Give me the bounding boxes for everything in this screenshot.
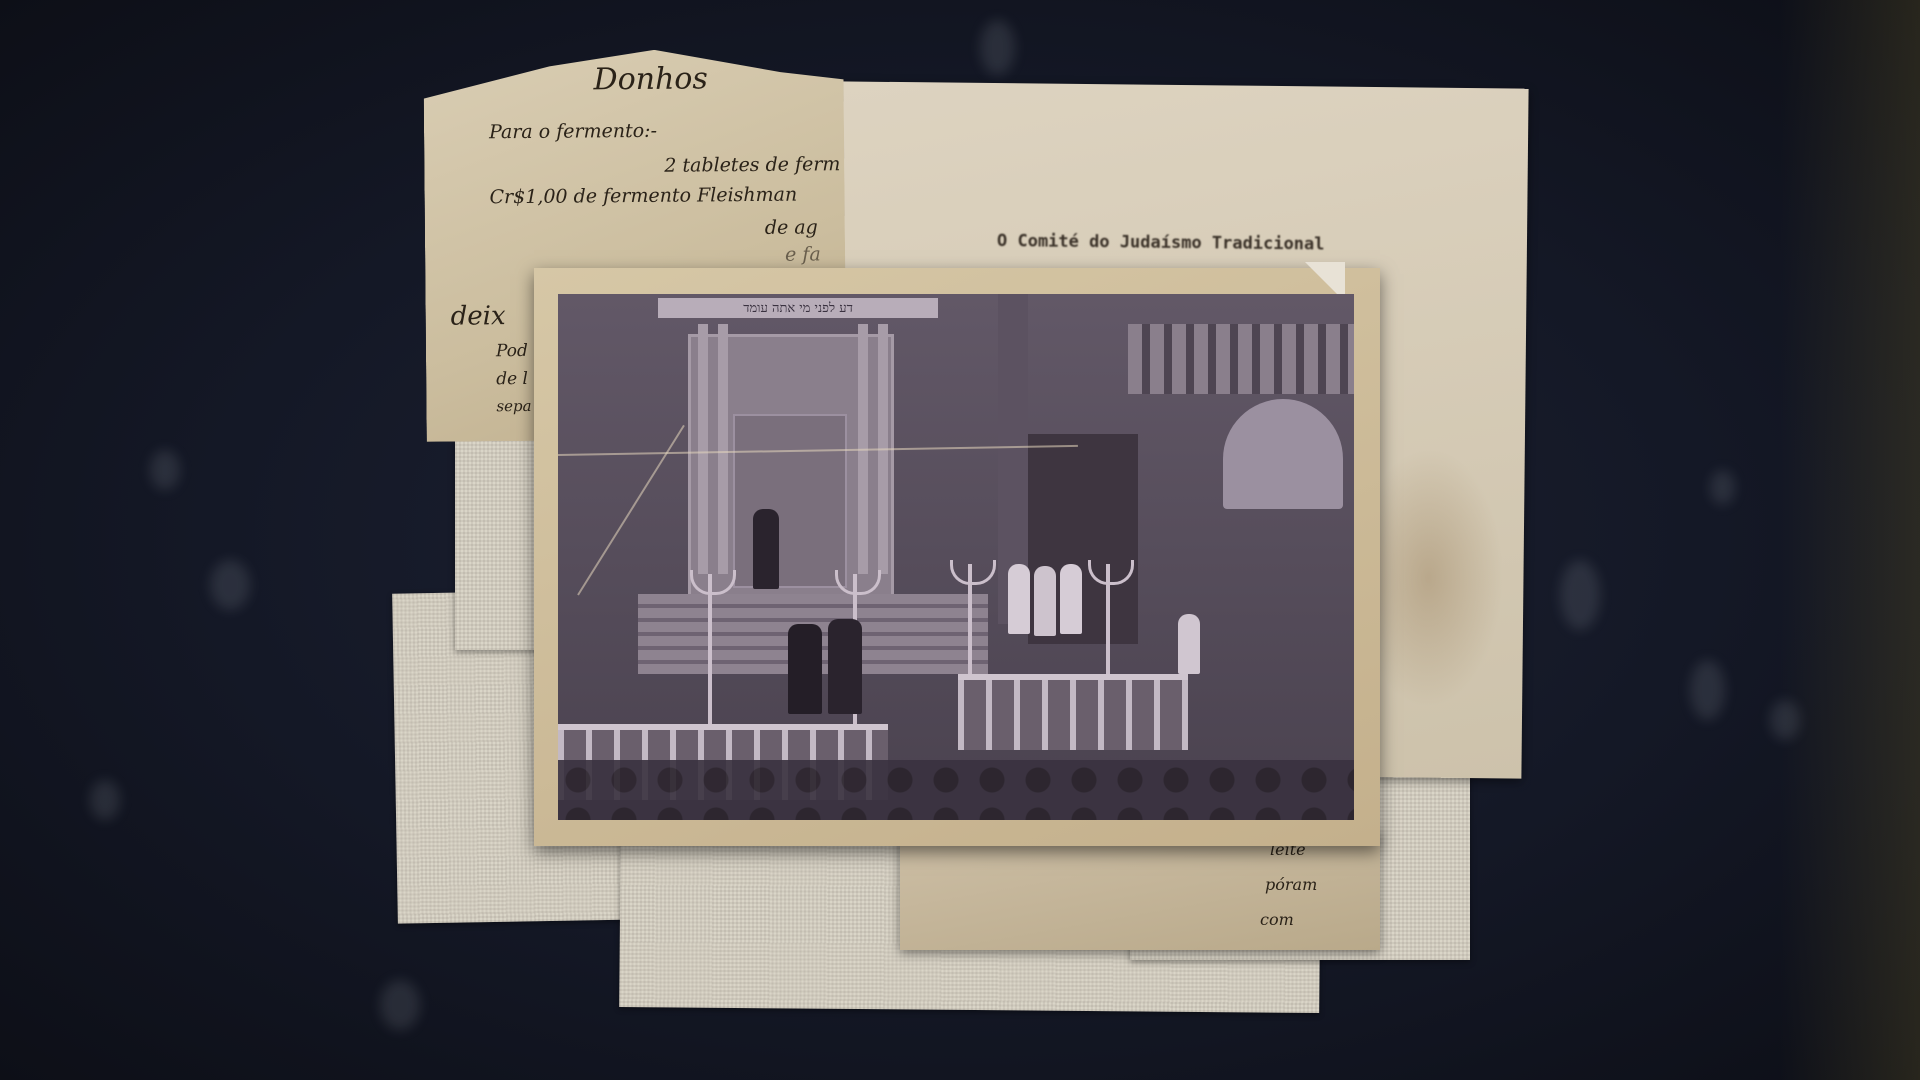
dust-speck [1560, 560, 1600, 630]
dust-speck [1770, 700, 1800, 740]
note-line: de ag [765, 216, 818, 238]
note-fragment-line: deix [450, 301, 505, 331]
officer-figure [1178, 614, 1200, 674]
decorative-arch [1223, 399, 1343, 509]
robed-figure [753, 509, 779, 589]
robed-figure [788, 624, 822, 714]
note-line: Cr$1,00 de fermento Fleishman [489, 184, 797, 209]
synagogue-photograph: דע לפני מי אתה עומד [558, 294, 1354, 820]
note-title: Donhos [593, 61, 708, 97]
congregation [558, 760, 1354, 820]
officer-figure [1034, 566, 1056, 636]
photo-caption: דע לפני מי אתה עומד [658, 298, 938, 318]
menorah [708, 574, 712, 724]
officer-figure [1008, 564, 1030, 634]
note-fragment-line: Pod [496, 341, 528, 361]
dust-speck [980, 20, 1015, 75]
torn-paper-fragment: leite póram com [900, 830, 1380, 950]
dust-speck [90, 780, 120, 820]
dust-speck [150, 450, 180, 490]
note-fragment-line: sepa [496, 397, 531, 415]
note-line: 2 tabletes de ferm [664, 153, 840, 177]
note-line: e fa [785, 243, 821, 265]
gallery-balcony [1128, 324, 1354, 394]
officer-figure [1060, 564, 1082, 634]
fragment-line: póram [1265, 875, 1317, 894]
dust-speck [1710, 470, 1735, 505]
dust-speck [380, 980, 420, 1030]
column [718, 324, 728, 574]
fragment-line: com [1260, 910, 1294, 929]
dust-speck [210, 560, 250, 610]
background-vignette [1780, 0, 1920, 1080]
column [698, 324, 708, 574]
dust-speck [1690, 660, 1725, 720]
bimah-railing [958, 674, 1188, 750]
robed-figure [828, 619, 862, 714]
note-line: Para o fermento:- [489, 120, 657, 143]
typed-letter-heading: O Comité do Judaísmo Tradicional [997, 231, 1325, 254]
ark-curtain [733, 414, 847, 588]
note-fragment-line: de l [496, 369, 528, 389]
